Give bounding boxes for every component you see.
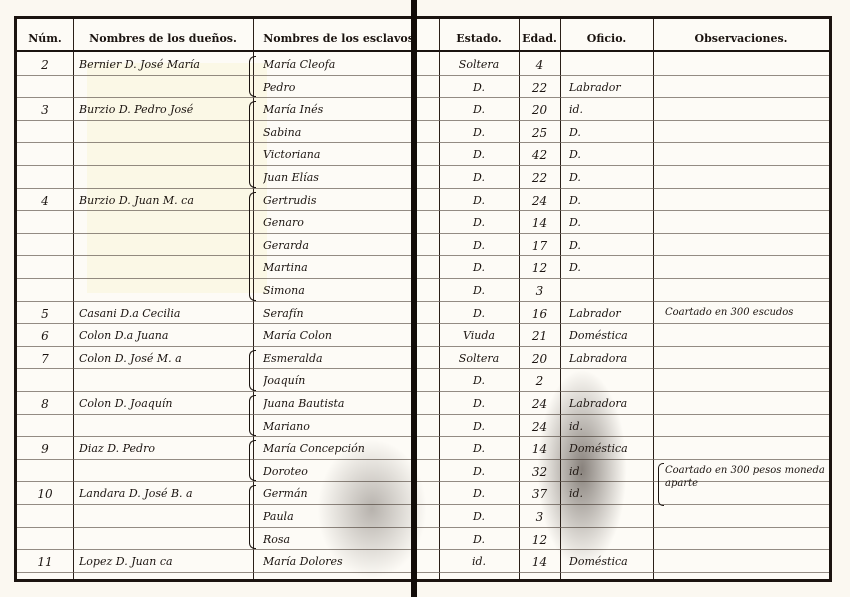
row-rule	[17, 368, 829, 369]
header-edad: Edad.	[519, 19, 560, 59]
observacion-value: Coartado en 300 pesos moneda aparte	[665, 464, 829, 490]
estado-value: D.	[441, 283, 517, 299]
owner-number: 8	[21, 396, 69, 412]
row-rule	[17, 346, 829, 347]
slave-name: Victoriana	[263, 147, 433, 163]
grouping-brace	[249, 101, 256, 187]
owner-name: Casani D.a Cecilia	[79, 306, 249, 322]
estado-value: D.	[441, 260, 517, 276]
observacion-value: Coartado en 300 escudos	[665, 306, 829, 319]
owner-number: 7	[21, 351, 69, 367]
slave-name: María Inés	[263, 102, 433, 118]
edad-value: 12	[519, 260, 560, 276]
row-rule	[17, 210, 829, 211]
owner-name: Landara D. José B. a	[79, 486, 249, 502]
slave-name: Serafín	[263, 306, 433, 322]
row-rule	[17, 120, 829, 121]
column-rule	[73, 19, 74, 579]
estado-value: D.	[441, 373, 517, 389]
estado-value: D.	[441, 509, 517, 525]
oficio-value: Labradora	[569, 351, 653, 367]
row-rule	[17, 414, 829, 415]
estado-value: D.	[441, 147, 517, 163]
owner-name: Colon D.a Juana	[79, 328, 249, 344]
grouping-brace	[249, 440, 256, 481]
owner-number: 2	[21, 57, 69, 73]
oficio-value: D.	[569, 193, 653, 209]
edad-value: 21	[519, 328, 560, 344]
estado-value: Viuda	[441, 328, 517, 344]
owner-name: Colon D. José M. a	[79, 351, 249, 367]
grouping-brace	[249, 395, 256, 436]
slave-name: María Cleofa	[263, 57, 433, 73]
estado-value: D.	[441, 102, 517, 118]
header-num: Núm.	[17, 19, 73, 59]
slave-name: Sabina	[263, 125, 433, 141]
owner-number: 10	[21, 486, 69, 502]
column-rule	[439, 19, 440, 579]
owner-name: Burzio D. Juan M. ca	[79, 193, 249, 209]
header-observaciones: Observaciones.	[653, 19, 829, 59]
observation-brace	[658, 463, 664, 506]
slave-name: Pedro	[263, 80, 433, 96]
estado-value: D.	[441, 532, 517, 548]
row-rule	[17, 436, 829, 437]
oficio-value: Doméstica	[569, 328, 653, 344]
edad-value: 24	[519, 193, 560, 209]
estado-value: D.	[441, 80, 517, 96]
estado-value: D.	[441, 125, 517, 141]
slave-name: Gertrudis	[263, 193, 433, 209]
row-rule	[17, 278, 829, 279]
oficio-value: id.	[569, 102, 653, 118]
edad-value: 22	[519, 170, 560, 186]
owner-number: 3	[21, 102, 69, 118]
estado-value: D.	[441, 193, 517, 209]
slave-name: Joaquín	[263, 373, 433, 389]
grouping-brace	[249, 485, 256, 549]
header-slaves: Nombres de los esclavos.	[253, 19, 428, 59]
edad-value: 4	[519, 57, 560, 73]
grouping-brace	[249, 192, 256, 301]
edad-value: 22	[519, 80, 560, 96]
row-rule	[17, 97, 829, 98]
header-oficio: Oficio.	[560, 19, 653, 59]
estado-value: D.	[441, 238, 517, 254]
edad-value: 16	[519, 306, 560, 322]
estado-value: Soltera	[441, 351, 517, 367]
row-rule	[17, 391, 829, 392]
estado-value: D.	[441, 486, 517, 502]
row-rule	[17, 255, 829, 256]
ledger-page: Núm. Nombres de los dueños. Nombres de l…	[14, 16, 832, 582]
edad-value: 17	[519, 238, 560, 254]
estado-value: D.	[441, 215, 517, 231]
slave-name: María Colon	[263, 328, 433, 344]
row-rule	[17, 142, 829, 143]
slave-name: Juan Elías	[263, 170, 433, 186]
estado-value: D.	[441, 441, 517, 457]
oficio-value: D.	[569, 238, 653, 254]
edad-value: 25	[519, 125, 560, 141]
row-rule	[17, 75, 829, 76]
header-owners: Nombres de los dueños.	[73, 19, 253, 59]
row-rule	[17, 165, 829, 166]
row-rule	[17, 233, 829, 234]
owner-number: 9	[21, 441, 69, 457]
oficio-value: Labrador	[569, 80, 653, 96]
slave-name: Martina	[263, 260, 433, 276]
grouping-brace	[249, 56, 256, 97]
slave-name: Esmeralda	[263, 351, 433, 367]
grouping-brace	[249, 350, 256, 391]
edad-value: 3	[519, 283, 560, 299]
oficio-value: D.	[569, 147, 653, 163]
estado-value: D.	[441, 306, 517, 322]
row-rule	[17, 301, 829, 302]
owner-name: Diaz D. Pedro	[79, 441, 249, 457]
owner-number: 6	[21, 328, 69, 344]
owner-name: Burzio D. Pedro José	[79, 102, 249, 118]
slave-name: Mariano	[263, 419, 433, 435]
row-rule	[17, 323, 829, 324]
estado-value: D.	[441, 170, 517, 186]
owner-name: Lopez D. Juan ca	[79, 554, 249, 570]
estado-value: Soltera	[441, 57, 517, 73]
owner-number: 4	[21, 193, 69, 209]
page-binding-gutter	[411, 0, 417, 597]
owner-number: 5	[21, 306, 69, 322]
oficio-value: Labrador	[569, 306, 653, 322]
estado-value: D.	[441, 464, 517, 480]
ink-stain	[537, 369, 627, 569]
estado-value: D.	[441, 396, 517, 412]
header-rule	[17, 50, 829, 52]
oficio-value: D.	[569, 260, 653, 276]
owner-number: 11	[21, 554, 69, 570]
header-estado: Estado.	[439, 19, 519, 59]
edad-value: 20	[519, 102, 560, 118]
edad-value: 14	[519, 215, 560, 231]
oficio-value: D.	[569, 170, 653, 186]
estado-value: D.	[441, 419, 517, 435]
slave-name: Juana Bautista	[263, 396, 433, 412]
edad-value: 20	[519, 351, 560, 367]
slave-name: Simona	[263, 283, 433, 299]
edad-value: 42	[519, 147, 560, 163]
estado-value: id.	[441, 554, 517, 570]
owner-name: Bernier D. José María	[79, 57, 249, 73]
slave-name: Gerarda	[263, 238, 433, 254]
owner-name: Colon D. Joaquín	[79, 396, 249, 412]
column-rule	[653, 19, 654, 579]
row-rule	[17, 188, 829, 189]
oficio-value: D.	[569, 125, 653, 141]
slave-name: Genaro	[263, 215, 433, 231]
oficio-value: D.	[569, 215, 653, 231]
